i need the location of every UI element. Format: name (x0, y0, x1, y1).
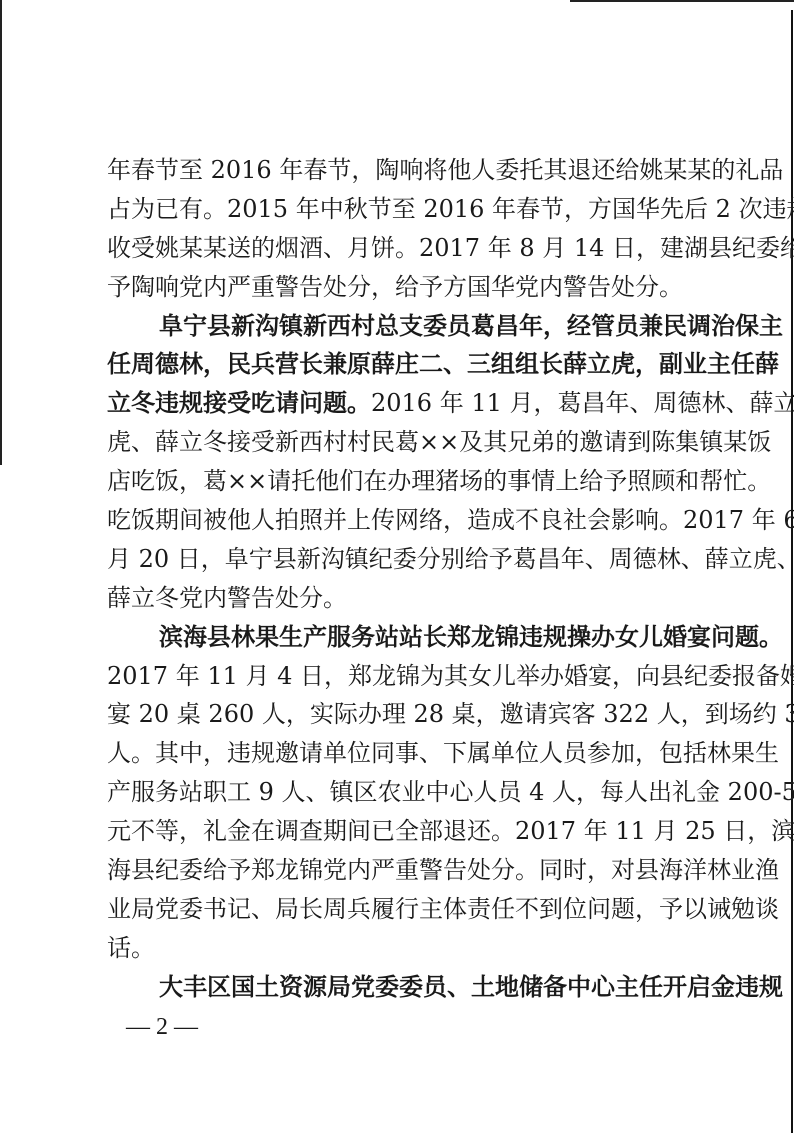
text-line: 予陶响党内严重警告处分，给予方国华党内警告处分。 (107, 268, 689, 307)
text-line: 元不等，礼金在调查期间已全部退还。2017 年 11 月 25 日，滨 (107, 812, 689, 851)
paragraph-heading: 滨海县林果生产服务站站长郑龙锦违规操办女儿婚宴问题。 (107, 618, 689, 657)
paragraph-heading-line: 任周德林，民兵营长兼原薛庄二、三组组长薛立虎，副业主任薛 (107, 345, 689, 384)
text-fragment: 2016 年 11 月，葛昌年、周德林、薛立 (371, 389, 794, 417)
scan-edge-top (570, 0, 794, 2)
text-line: 月 20 日，阜宁县新沟镇纪委分别给予葛昌年、周德林、薛立虎、 (107, 540, 689, 579)
paragraph-heading-end: 立冬违规接受吃请问题。 (107, 388, 371, 417)
text-line: 虎、薛立冬接受新西村村民葛××及其兄弟的邀请到陈集镇某饭 (107, 423, 689, 462)
text-line: 业局党委书记、局长周兵履行主体责任不到位问题，予以诫勉谈 (107, 890, 689, 929)
paragraph-heading: 大丰区国土资源局党委委员、土地储备中心主任开启金违规 (107, 968, 689, 1007)
text-line: 2017 年 11 月 4 日，郑龙锦为其女儿举办婚宴，向县纪委报备婚 (107, 657, 689, 696)
text-line: 产服务站职工 9 人、镇区农业中心人员 4 人，每人出礼金 200-500 (107, 773, 689, 812)
text-line: 话。 (107, 929, 689, 968)
paragraph-4: 大丰区国土资源局党委委员、土地储备中心主任开启金违规 (107, 968, 689, 1007)
text-line: 薛立冬党内警告处分。 (107, 579, 689, 618)
text-line: 立冬违规接受吃请问题。2016 年 11 月，葛昌年、周德林、薛立 (107, 384, 689, 423)
scan-edge-left (0, 0, 2, 465)
text-line: 宴 20 桌 260 人，实际办理 28 桌，邀请宾客 322 人，到场约 30… (107, 695, 689, 734)
document-body: 年春节至 2016 年春节，陶响将他人委托其退还给姚某某的礼品 占为已有。201… (107, 151, 689, 1007)
text-line: 占为已有。2015 年中秋节至 2016 年春节，方国华先后 2 次违规 (107, 190, 689, 229)
text-line: 吃饭期间被他人拍照并上传网络，造成不良社会影响。2017 年 6 (107, 501, 689, 540)
paragraph-heading-line: 阜宁县新沟镇新西村总支委员葛昌年，经管员兼民调治保主 (107, 307, 689, 346)
paragraph-1: 年春节至 2016 年春节，陶响将他人委托其退还给姚某某的礼品 占为已有。201… (107, 151, 689, 307)
page-number: — 2 — (126, 1012, 198, 1042)
text-line: 收受姚某某送的烟酒、月饼。2017 年 8 月 14 日，建湖县纪委给 (107, 229, 689, 268)
text-line: 店吃饭，葛××请托他们在办理猪场的事情上给予照顾和帮忙。 (107, 462, 689, 501)
text-line: 年春节至 2016 年春节，陶响将他人委托其退还给姚某某的礼品 (107, 151, 689, 190)
text-line: 海县纪委给予郑龙锦党内严重警告处分。同时，对县海洋林业渔 (107, 851, 689, 890)
paragraph-3: 滨海县林果生产服务站站长郑龙锦违规操办女儿婚宴问题。 2017 年 11 月 4… (107, 618, 689, 968)
text-line: 人。其中，违规邀请单位同事、下属单位人员参加，包括林果生 (107, 734, 689, 773)
paragraph-2: 阜宁县新沟镇新西村总支委员葛昌年，经管员兼民调治保主 任周德林，民兵营长兼原薛庄… (107, 307, 689, 618)
